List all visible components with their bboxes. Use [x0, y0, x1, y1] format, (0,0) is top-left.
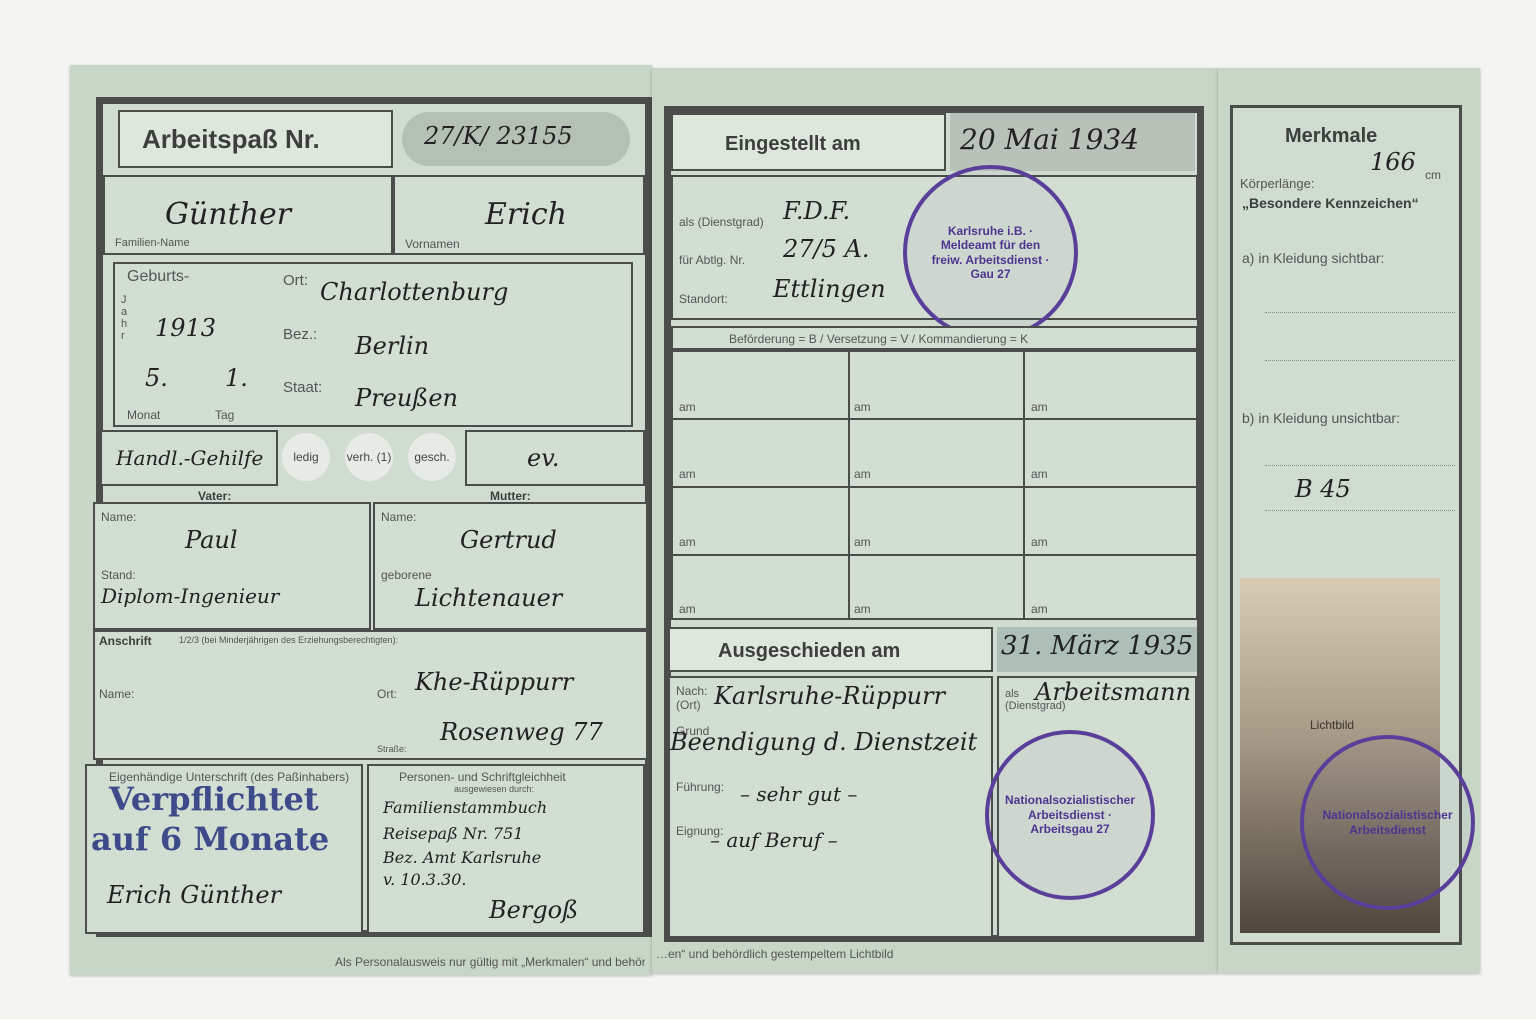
features-label: „Besondere Kennzeichen“ — [1242, 195, 1419, 211]
religion-value: ev. — [527, 444, 560, 472]
identity-line-4: v. 10.3.30. — [383, 870, 466, 889]
marital-verh: verh. (1) — [345, 433, 393, 481]
birth-year-label: Jahr — [121, 294, 129, 342]
father-heading: Vater: — [198, 489, 231, 503]
identity-signature: Bergoß — [489, 896, 578, 924]
family-name-value: Günther — [165, 197, 291, 232]
identity-line-2: Reisepaß Nr. 751 — [383, 824, 523, 843]
destination-value: Karlsruhe-Rüppurr — [714, 682, 945, 710]
identity-sub: ausgewiesen durch: — [454, 784, 534, 794]
features-title: Merkmale — [1285, 125, 1377, 148]
left-service-label: Ausgeschieden am — [718, 640, 900, 663]
photo-caption: Lichtbild — [1310, 718, 1354, 732]
birth-year-value: 1913 — [155, 314, 216, 342]
visible-label: a) in Kleidung sichtbar: — [1242, 250, 1384, 266]
moves-grid: am am am am am am am am am am am am — [671, 350, 1198, 620]
mother-name-label: Name: — [381, 510, 416, 524]
first-names-value: Erich — [485, 197, 567, 232]
middle-footer: …en“ und behördlich gestempeltem Lichtbi… — [656, 947, 893, 961]
photo-stamp: Nationalsozialistischer Arbeitsdienst — [1300, 735, 1475, 910]
birth-place-value: Charlottenburg — [320, 278, 508, 306]
mother-cell: Name: Gertrud geborene Lichtenauer — [373, 502, 648, 630]
height-label: Körperlänge: — [1240, 176, 1314, 191]
aptitude-value: – auf Beruf – — [710, 828, 838, 852]
left-date: 31. März 1935 — [1001, 631, 1193, 661]
identity-line-1: Familienstammbuch — [383, 798, 547, 817]
height-unit: cm — [1425, 168, 1441, 182]
left-service-label-box: Ausgeschieden am — [668, 627, 993, 672]
signature-cell: Eigenhändige Unterschrift (des Paßinhabe… — [85, 764, 363, 934]
passport-number: 27/K/ 23155 — [424, 122, 573, 150]
birth-state-label: Staat: — [283, 379, 322, 396]
address-place-label: Ort: — [377, 687, 397, 701]
birth-block: Geburts- Ort: Charlottenburg Bez.: Berli… — [113, 262, 633, 427]
hired-label-box: Eingestellt am — [671, 113, 946, 171]
address-block: Anschrift 1/2/3 (bei Minderjährigen des … — [93, 630, 648, 760]
birth-district-value: Berlin — [355, 332, 429, 360]
occupation-value: Handl.-Gehilfe — [116, 446, 263, 470]
mother-name-value: Gertrud — [460, 526, 557, 554]
moves-on-label: am — [679, 400, 696, 414]
occupation-cell: Handl.-Gehilfe — [100, 430, 278, 486]
hired-label: Eingestellt am — [725, 133, 861, 156]
mother-born-label: geborene — [381, 568, 432, 582]
identity-cell: Personen- und Schriftgleichheit ausgewie… — [367, 764, 645, 934]
passport-number-box: 27/K/ 23155 — [402, 112, 630, 166]
location-label: Standort: — [679, 292, 728, 306]
hired-date-box: 20 Mai 1934 — [950, 113, 1195, 171]
birth-month-label: Monat — [127, 408, 160, 422]
mother-heading: Mutter: — [490, 489, 531, 503]
identity-label: Personen- und Schriftgleichheit — [399, 770, 566, 784]
unit-label: für Abtlg. Nr. — [679, 253, 745, 267]
birth-day-label: Tag — [215, 408, 234, 422]
marital-ledig: ledig — [282, 433, 330, 481]
birth-month-value: 5. — [145, 364, 168, 392]
holder-signature: Erich Günther — [107, 881, 281, 909]
birth-district-label: Bez.: — [283, 326, 317, 343]
family-name-cell: Günther Familien-Name — [103, 175, 393, 255]
conduct-value: – sehr gut – — [740, 782, 857, 806]
stamp-six-months: auf 6 Monate — [91, 820, 329, 858]
birth-heading: Geburts- — [127, 268, 189, 286]
left-footer: Als Personalausweis nur gültig mit „Merk… — [335, 955, 645, 969]
hired-date: 20 Mai 1934 — [960, 123, 1139, 156]
address-place-value: Khe-Rüppurr — [415, 668, 573, 696]
location-value: Ettlingen — [773, 275, 886, 303]
birth-state-value: Preußen — [355, 384, 458, 412]
left-date-box: 31. März 1935 — [997, 627, 1197, 672]
labor-service-stamp: Nationalsozialistischer Arbeitsdienst · … — [985, 730, 1155, 900]
first-names-cell: Erich Vornamen — [393, 175, 645, 255]
invisible-label: b) in Kleidung unsichtbar: — [1242, 410, 1400, 426]
rank-label: als (Dienstgrad) — [679, 215, 764, 229]
invisible-value: B 45 — [1295, 475, 1351, 503]
address-street-value: Rosenweg 77 — [440, 718, 603, 746]
rank-value: F.D.F. — [783, 197, 850, 225]
birth-day-value: 1. — [225, 364, 248, 392]
address-name-label: Name: — [99, 687, 134, 701]
registration-office-stamp: Karlsruhe i.B. · Meldeamt für den freiw.… — [903, 165, 1078, 340]
height-value: 166 — [1370, 148, 1416, 176]
passport-title: Arbeitspaß Nr. — [142, 124, 320, 155]
father-status-label: Stand: — [101, 568, 136, 582]
father-name-label: Name: — [101, 510, 136, 524]
birth-place-label: Ort: — [283, 272, 308, 289]
reason-value: Beendigung d. Dienstzeit — [670, 728, 977, 756]
father-cell: Name: Paul Stand: Diplom-Ingenieur — [93, 502, 371, 630]
first-names-label: Vornamen — [405, 237, 460, 251]
religion-cell: ev. — [465, 430, 645, 486]
marital-gesch: gesch. — [408, 433, 456, 481]
moves-header: Beförderung = B / Versetzung = V / Komma… — [671, 326, 1198, 350]
address-street-label: Straße: — [377, 744, 407, 754]
family-name-label: Familien-Name — [115, 237, 190, 249]
address-note: 1/2/3 (bei Minderjährigen des Erziehungs… — [179, 635, 398, 645]
conduct-label: Führung: — [676, 780, 724, 794]
moves-legend: Beförderung = B / Versetzung = V / Komma… — [729, 332, 1028, 346]
departure-rank-value: Arbeitsmann — [1035, 678, 1191, 706]
identity-line-3: Bez. Amt Karlsruhe — [383, 848, 541, 867]
stamp-verpflichtet: Verpflichtet — [109, 780, 319, 818]
father-status-value: Diplom-Ingenieur — [101, 584, 279, 608]
unit-value: 27/5 A. — [783, 235, 869, 263]
mother-born-value: Lichtenauer — [415, 584, 562, 612]
departure-details: Nach: (Ort) Karlsruhe-Rüppurr Grund Been… — [668, 676, 993, 938]
address-label: Anschrift — [99, 634, 152, 648]
father-name-value: Paul — [185, 526, 238, 554]
passport-title-box: Arbeitspaß Nr. — [118, 110, 393, 168]
